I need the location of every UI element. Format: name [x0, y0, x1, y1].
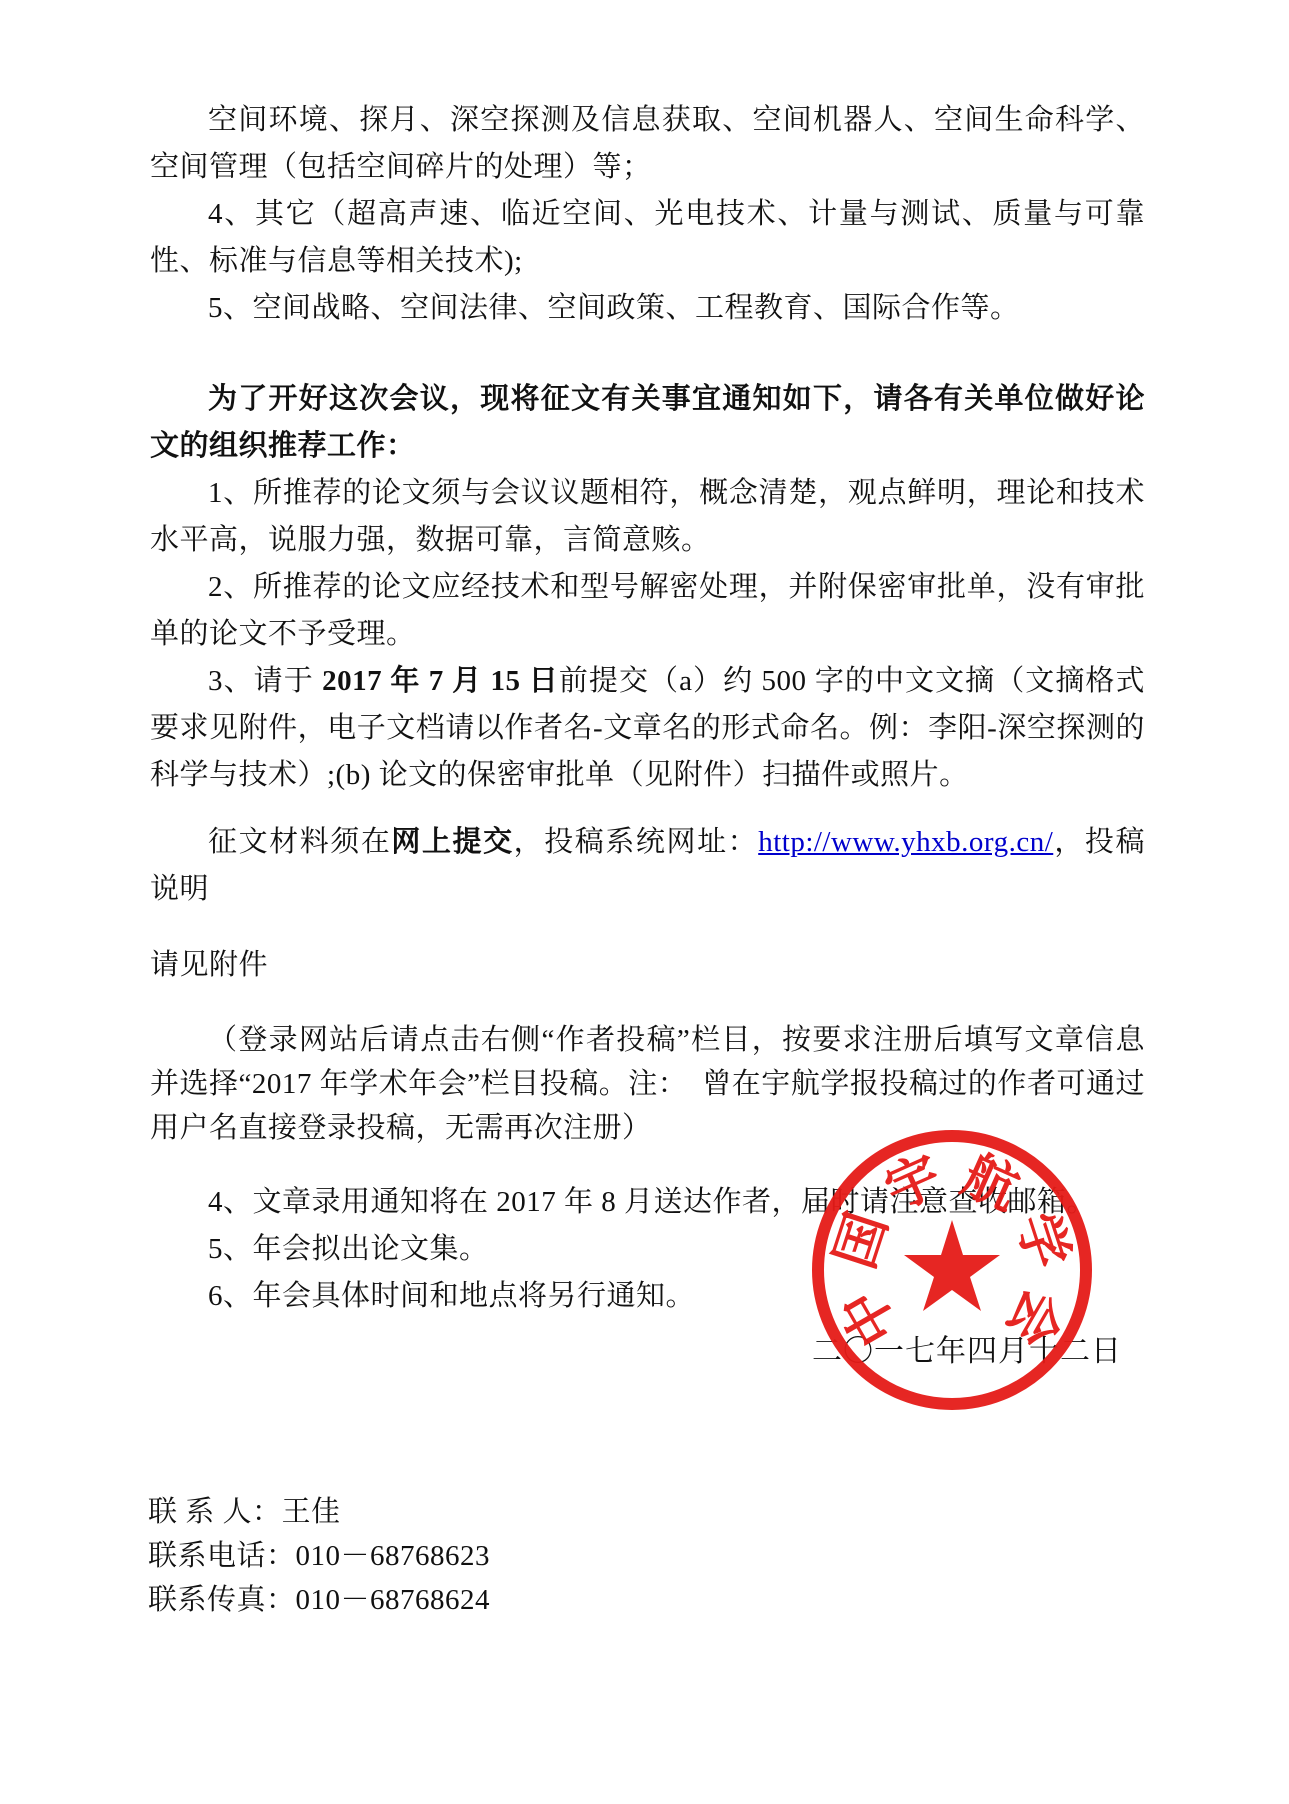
- official-seal: 中国宇航学会: [812, 1130, 1092, 1410]
- paragraph-item-3: 3、请于 2017 年 7 月 15 日前提交（a）约 500 字的中文文摘（文…: [150, 658, 1145, 799]
- item-3-deadline: 2017 年 7 月 15 日: [322, 665, 559, 697]
- seal-character: 宇: [878, 1148, 949, 1219]
- contact-phone-value: 010－68768623: [296, 1540, 491, 1572]
- submission-online-bold: 网上提交: [391, 826, 513, 858]
- document-page: 空间环境、探月、深空探测及信息获取、空间机器人、空间生命科学、空间管理（包括空间…: [0, 0, 1289, 1804]
- contact-fax-row: 联系传真：010－68768624: [148, 1578, 490, 1622]
- seal-character: 会: [997, 1281, 1071, 1355]
- seal-character: 国: [828, 1207, 896, 1275]
- contact-person-label: 联 系 人：: [148, 1496, 282, 1528]
- paragraph-item-1: 1、所推荐的论文须与会议议题相符，概念清楚，观点鲜明，理论和技术水平高，说服力强…: [150, 470, 1145, 564]
- seal-character: 学: [1008, 1207, 1076, 1275]
- contact-phone-label: 联系电话：: [148, 1540, 296, 1572]
- contact-person-row: 联 系 人：王佳: [148, 1490, 490, 1534]
- item-3-prefix: 3、请于: [208, 665, 322, 697]
- paragraph-topic-4: 4、其它（超高声速、临近空间、光电技术、计量与测试、质量与可靠性、标准与信息等相…: [150, 191, 1145, 285]
- paragraph-intro: 为了开好这次会议，现将征文有关事宜通知如下，请各有关单位做好论文的组织推荐工作：: [150, 376, 1145, 470]
- paragraph-item-2: 2、所推荐的论文应经技术和型号解密处理，并附保密审批单，没有审批单的论文不予受理…: [150, 564, 1145, 658]
- seal-character: 中: [833, 1281, 907, 1355]
- star-icon: [902, 1220, 1002, 1320]
- paragraph-login-note: （登录网站后请点击右侧“作者投稿”栏目，按要求注册后填写文章信息并选择“2017…: [150, 1018, 1145, 1150]
- paragraph-topics-continued: 空间环境、探月、深空探测及信息获取、空间机器人、空间生命科学、空间管理（包括空间…: [150, 97, 1145, 191]
- contact-fax-value: 010－68768624: [296, 1584, 491, 1616]
- paragraph-submission: 征文材料须在网上提交，投稿系统网址：http://www.yhxb.org.cn…: [150, 819, 1145, 913]
- submission-url-link[interactable]: http://www.yhxb.org.cn/: [758, 826, 1053, 858]
- submission-prefix: 征文材料须在: [208, 826, 391, 858]
- contact-fax-label: 联系传真：: [148, 1584, 296, 1616]
- contact-block: 联 系 人：王佳 联系电话：010－68768623 联系传真：010－6876…: [148, 1490, 490, 1622]
- contact-phone-row: 联系电话：010－68768623: [148, 1534, 490, 1578]
- submission-mid: ，投稿系统网址：: [514, 826, 759, 858]
- seal-character: 航: [955, 1148, 1026, 1219]
- paragraph-see-attachment: 请见附件: [150, 942, 1145, 989]
- contact-person-value: 王佳: [282, 1496, 341, 1528]
- paragraph-topic-5: 5、空间战略、空间法律、空间政策、工程教育、国际合作等。: [150, 285, 1145, 332]
